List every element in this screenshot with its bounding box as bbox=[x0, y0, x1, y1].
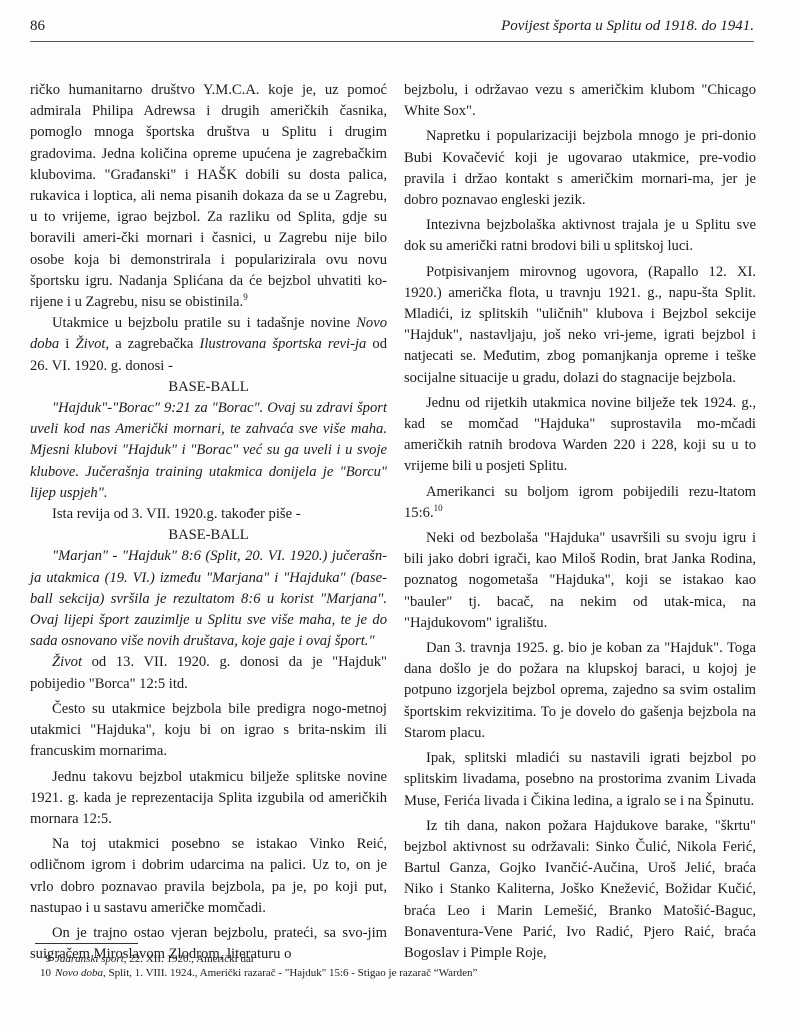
paragraph: Amerikanci su boljom igrom pobijedili re… bbox=[404, 482, 756, 524]
paragraph: Intezivna bejzbolaška aktivnost trajala … bbox=[404, 215, 756, 257]
paragraph: Jednu takovu bejzbol utakmicu bilježe sp… bbox=[30, 767, 387, 831]
quote-heading: BASE-BALL bbox=[30, 377, 387, 398]
paragraph: ričko humanitarno društvo Y.M.C.A. koje … bbox=[30, 80, 387, 313]
footnotes: 9Jadranski sport, 22. XII. 1920., Američ… bbox=[35, 952, 755, 980]
paragraph: Iz tih dana, nakon požara Hajdukove bara… bbox=[404, 816, 756, 964]
left-column: ričko humanitarno društvo Y.M.C.A. koje … bbox=[30, 80, 387, 965]
paragraph: bejzbolu, i održavao vezu s američkim kl… bbox=[404, 80, 756, 122]
footnote-9: 9Jadranski sport, 22. XII. 1920., Američ… bbox=[35, 952, 755, 966]
footnote-ref: 10 bbox=[434, 503, 443, 513]
page-number: 86 bbox=[30, 18, 45, 35]
footnote-10: 10Novo doba, Split, 1. VIII. 1924., Amer… bbox=[35, 966, 755, 980]
paragraph: Često su utakmice bejzbola bile predigra… bbox=[30, 699, 387, 763]
paragraph: Utakmice u bejzbolu pratile su i tadašnj… bbox=[30, 313, 387, 377]
running-title: Povijest športa u Splitu od 1918. do 194… bbox=[501, 18, 754, 35]
quotation: "Marjan" - "Hajduk" 8:6 (Split, 20. VI. … bbox=[30, 546, 387, 652]
paragraph: Neki od bezbolaša "Hajduka" usavršili su… bbox=[404, 528, 756, 634]
quote-heading: BASE-BALL bbox=[30, 525, 387, 546]
paragraph: Ipak, splitski mladići su nastavili igra… bbox=[404, 748, 756, 812]
paragraph: Jednu od rijetkih utakmica novine biljež… bbox=[404, 393, 756, 478]
footnote-ref: 9 bbox=[243, 292, 248, 302]
quotation: "Hajduk"-"Borac" 9:21 za "Borac". Ovaj s… bbox=[30, 398, 387, 504]
paragraph: Napretku i popularizaciji bejzbola mnogo… bbox=[404, 126, 756, 211]
paragraph: Život od 13. VII. 1920. g. donosi da je … bbox=[30, 652, 387, 694]
paragraph: Ista revija od 3. VII. 1920.g. također p… bbox=[30, 504, 387, 525]
header-rule bbox=[30, 41, 754, 42]
right-column: bejzbolu, i održavao vezu s američkim kl… bbox=[404, 80, 756, 964]
paragraph: Dan 3. travnja 1925. g. bio je koban za … bbox=[404, 638, 756, 744]
page-header: 86 Povijest športa u Splitu od 1918. do … bbox=[30, 18, 754, 40]
paragraph: Potpisivanjem mirovnog ugovora, (Rapallo… bbox=[404, 262, 756, 389]
paragraph: Na toj utakmici posebno se istakao Vinko… bbox=[30, 834, 387, 919]
footnote-rule bbox=[35, 943, 138, 944]
